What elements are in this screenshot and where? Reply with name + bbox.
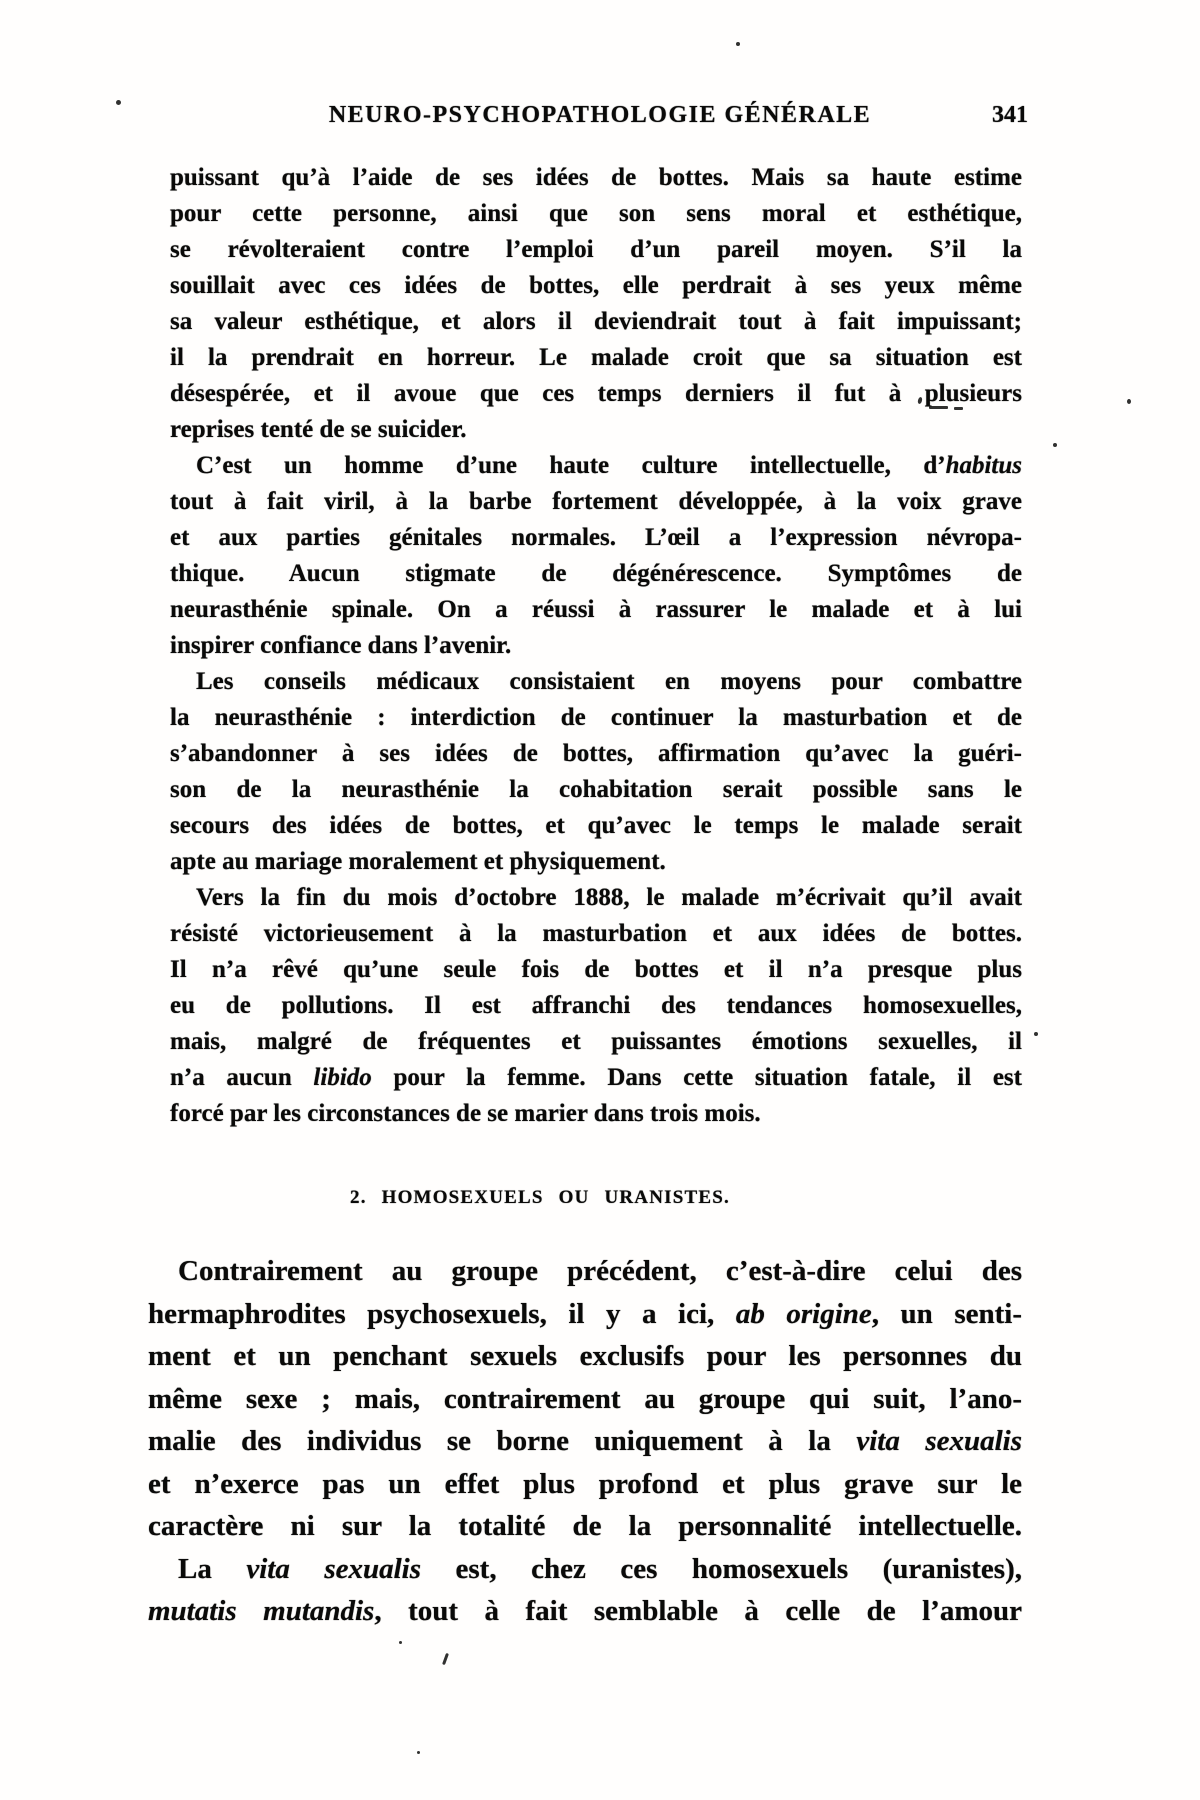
text-line: son de la neurasthénie la cohabitation s…: [170, 772, 1022, 808]
text-segment: n’a aucun: [170, 1064, 313, 1091]
running-header: NEURO-PSYCHOPATHOLOGIE GÉNÉRALE 341: [0, 100, 1200, 134]
text-segment: reprises tenté de se suicider.: [170, 416, 466, 443]
text-line: n’a aucun libido pour la femme. Dans cet…: [170, 1060, 1022, 1096]
text-segment: Contrairement au groupe précédent, c’est…: [178, 1255, 1022, 1287]
page-body: puissant qu’à l’aide de ses idées de bot…: [0, 160, 1200, 1633]
text-segment: sa valeur esthétique, et alors il devien…: [170, 308, 1022, 335]
paragraph: Vers la fin du mois d’octobre 1888, le m…: [170, 880, 1022, 1132]
text-segment: la neurasthénie : interdiction de contin…: [170, 704, 1022, 731]
text-segment: eu de pollutions. Il est affranchi des t…: [170, 992, 1022, 1019]
text-segment: C’est un homme d’une haute culture intel…: [196, 452, 946, 479]
italic-text: mutatis mutandis: [148, 1595, 374, 1627]
text-segment: résisté victorieusement à la masturbatio…: [170, 920, 1022, 947]
paragraph: Les conseils médicaux consistaient en mo…: [170, 664, 1022, 880]
text-segment: neurasthénie spinale. On a réussi à rass…: [170, 596, 1022, 623]
text-segment: Vers la fin du mois d’octobre 1888, le m…: [196, 884, 1022, 911]
text-segment: s’abandonner à ses idées de bottes, affi…: [170, 740, 1022, 767]
text-line: sa valeur esthétique, et alors il devien…: [170, 304, 1022, 340]
text-line: apte au mariage moralement et physiqueme…: [170, 844, 1022, 880]
text-line: s’abandonner à ses idées de bottes, affi…: [170, 736, 1022, 772]
text-line: résisté victorieusement à la masturbatio…: [170, 916, 1022, 952]
scan-speck: [1034, 1032, 1038, 1036]
text-segment: il la prendrait en horreur. Le malade cr…: [170, 344, 1022, 371]
text-line: désespérée, et il avoue que ces temps de…: [170, 376, 1022, 412]
text-segment: son de la neurasthénie la cohabitation s…: [170, 776, 1022, 803]
text-segment: puissant qu’à l’aide de ses idées de bot…: [170, 164, 1022, 191]
text-line: se révolteraient contre l’emploi d’un pa…: [170, 232, 1022, 268]
text-segment: La: [178, 1553, 246, 1585]
text-line: tout à fait viril, à la barbe fortement …: [170, 484, 1022, 520]
text-line: pour cette personne, ainsi que son sens …: [170, 196, 1022, 232]
text-line: et n’exerce pas un effet plus profond et…: [148, 1463, 1022, 1506]
italic-text: vita sexualis: [856, 1425, 1022, 1457]
scan-speck: [399, 1641, 402, 1644]
text-segment: désespérée, et il avoue que ces temps de…: [170, 380, 1022, 407]
text-line: souillait avec ces idées de bottes, elle…: [170, 268, 1022, 304]
text-segment: inspirer confiance dans l’avenir.: [170, 632, 511, 659]
italic-text: libido: [313, 1064, 371, 1091]
text-line: puissant qu’à l’aide de ses idées de bot…: [170, 160, 1022, 196]
text-segment: et n’exerce pas un effet plus profond et…: [148, 1468, 1022, 1500]
text-line: caractère ni sur la totalité de la perso…: [148, 1505, 1022, 1548]
paragraph: C’est un homme d’une haute culture intel…: [170, 448, 1022, 664]
scan-speck: [736, 42, 740, 46]
book-page: NEURO-PSYCHOPATHOLOGIE GÉNÉRALE 341 puis…: [0, 0, 1200, 1800]
text-segment: souillait avec ces idées de bottes, elle…: [170, 272, 1022, 299]
text-segment: se révolteraient contre l’emploi d’un pa…: [170, 236, 1022, 263]
text-line: mais, malgré de fréquentes et puissantes…: [170, 1024, 1022, 1060]
text-segment: même sexe ; mais, contrairement au group…: [148, 1383, 1022, 1415]
scan-speck: [417, 1751, 420, 1754]
text-segment: pour la femme. Dans cette situation fata…: [372, 1064, 1022, 1091]
text-line: il la prendrait en horreur. Le malade cr…: [170, 340, 1022, 376]
text-segment: thique. Aucun stigmate de dégénérescence…: [170, 560, 1022, 587]
text-line: eu de pollutions. Il est affranchi des t…: [170, 988, 1022, 1024]
text-segment: Il n’a rêvé qu’une seule fois de bottes …: [170, 956, 1022, 983]
text-line: La vita sexualis est, chez ces homosexue…: [148, 1548, 1022, 1591]
text-segment: pour cette personne, ainsi que son sens …: [170, 200, 1022, 227]
text-line: secours des idées de bottes, et qu’avec …: [170, 808, 1022, 844]
italic-text: habitus: [946, 452, 1022, 479]
text-segment: Les conseils médicaux consistaient en mo…: [196, 668, 1022, 695]
text-line: Il n’a rêvé qu’une seule fois de bottes …: [170, 952, 1022, 988]
section-heading: 2. HOMOSEXUELS OU URANISTES.: [0, 1185, 1140, 1211]
text-segment: apte au mariage moralement et physiqueme…: [170, 848, 666, 875]
page-number: 341: [992, 100, 1028, 130]
text-segment: caractère ni sur la totalité de la perso…: [148, 1510, 1022, 1542]
text-segment: , un senti-: [872, 1298, 1022, 1330]
text-segment: tout à fait viril, à la barbe fortement …: [170, 488, 1022, 515]
scan-speck: [1053, 443, 1057, 447]
text-segment: secours des idées de bottes, et qu’avec …: [170, 812, 1022, 839]
text-line: Contrairement au groupe précédent, c’est…: [148, 1250, 1022, 1293]
text-segment: est, chez ces homosexuels (uranistes),: [421, 1553, 1022, 1585]
scan-speck: [954, 407, 963, 410]
scan-speck: [116, 100, 121, 105]
text-line: hermaphrodites psychosexuels, il y a ici…: [148, 1293, 1022, 1336]
text-segment: ment et un penchant sexuels exclusifs po…: [148, 1340, 1022, 1372]
text-segment: mais, malgré de fréquentes et puissantes…: [170, 1028, 1022, 1055]
paragraph: La vita sexualis est, chez ces homosexue…: [148, 1548, 1022, 1633]
text-line: ment et un penchant sexuels exclusifs po…: [148, 1335, 1022, 1378]
text-line: malie des individus se borne uniquement …: [148, 1420, 1022, 1463]
italic-text: ab origine: [736, 1298, 872, 1330]
text-line: Les conseils médicaux consistaient en mo…: [170, 664, 1022, 700]
text-line: la neurasthénie : interdiction de contin…: [170, 700, 1022, 736]
scan-speck: [929, 406, 948, 409]
italic-text: vita sexualis: [246, 1553, 421, 1585]
text-line: thique. Aucun stigmate de dégénérescence…: [170, 556, 1022, 592]
text-line: même sexe ; mais, contrairement au group…: [148, 1378, 1022, 1421]
text-line: forcé par les circonstances de se marier…: [170, 1096, 1022, 1132]
paragraph: Contrairement au groupe précédent, c’est…: [148, 1250, 1022, 1548]
text-segment: , tout à fait semblable à celle de l’amo…: [374, 1595, 1022, 1627]
text-line: C’est un homme d’une haute culture intel…: [170, 448, 1022, 484]
scan-speck: [442, 1653, 449, 1665]
text-line: Vers la fin du mois d’octobre 1888, le m…: [170, 880, 1022, 916]
text-segment: et aux parties génitales normales. L’œil…: [170, 524, 1022, 551]
scan-speck: [1127, 399, 1131, 404]
text-line: reprises tenté de se suicider.: [170, 412, 1022, 448]
text-line: mutatis mutandis, tout à fait semblable …: [148, 1590, 1022, 1633]
paragraph: puissant qu’à l’aide de ses idées de bot…: [170, 160, 1022, 448]
text-line: et aux parties génitales normales. L’œil…: [170, 520, 1022, 556]
text-segment: malie des individus se borne uniquement …: [148, 1425, 856, 1457]
text-segment: forcé par les circonstances de se marier…: [170, 1100, 761, 1127]
text-line: neurasthénie spinale. On a réussi à rass…: [170, 592, 1022, 628]
text-line: inspirer confiance dans l’avenir.: [170, 628, 1022, 664]
text-segment: hermaphrodites psychosexuels, il y a ici…: [148, 1298, 736, 1330]
